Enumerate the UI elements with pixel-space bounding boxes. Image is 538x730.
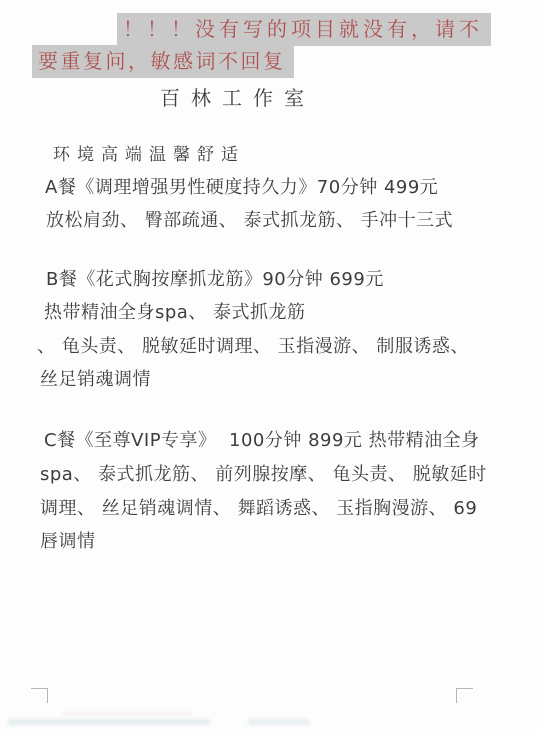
- corner-bracket-icon: [31, 688, 48, 703]
- package-b-details: 丝足销魂调情: [40, 369, 151, 391]
- package-c-title: C餐《至尊VIP专享》 100分钟 899元 热带精油全身: [44, 430, 480, 452]
- package-a-title: A餐《调理增强男性硬度持久力》70分钟 499元: [45, 177, 438, 199]
- package-b-details: 、 龟头责、 脱敏延时调理、 玉指漫游、 制服诱惑、: [37, 336, 469, 358]
- package-c-details: spa、 泰式抓龙筋、 前列腺按摩、 龟头责、 脱敏延时: [40, 464, 487, 486]
- bleed-through-smudge: [62, 712, 192, 716]
- package-b-details: 热带精油全身spa、 泰式抓龙筋: [44, 302, 306, 324]
- package-c-details: 调理、 丝足销魂调情、 舞蹈诱惑、 玉指胸漫游、 69: [40, 498, 477, 520]
- package-c-details: 唇调情: [40, 531, 96, 553]
- corner-bracket-icon: [456, 688, 473, 703]
- notice-line-1: ！！！没有写的项目就没有，请不: [117, 13, 491, 46]
- environment-tagline: 环境高端温馨舒适: [53, 140, 245, 165]
- notice-line-2: 要重复问，敏感词不回复: [32, 45, 294, 78]
- document-page: ！！！没有写的项目就没有，请不 要重复问，敏感词不回复 百林工作室 环境高端温馨…: [0, 0, 538, 730]
- package-a-details: 放松肩劲、 臀部疏通、 泰式抓龙筋、 手冲十三式: [46, 210, 453, 232]
- package-b-title: B餐《花式胸按摩抓龙筋》90分钟 699元: [46, 269, 384, 291]
- studio-title: 百林工作室: [160, 82, 315, 111]
- bleed-through-smudge: [248, 719, 310, 725]
- bleed-through-smudge: [8, 719, 210, 725]
